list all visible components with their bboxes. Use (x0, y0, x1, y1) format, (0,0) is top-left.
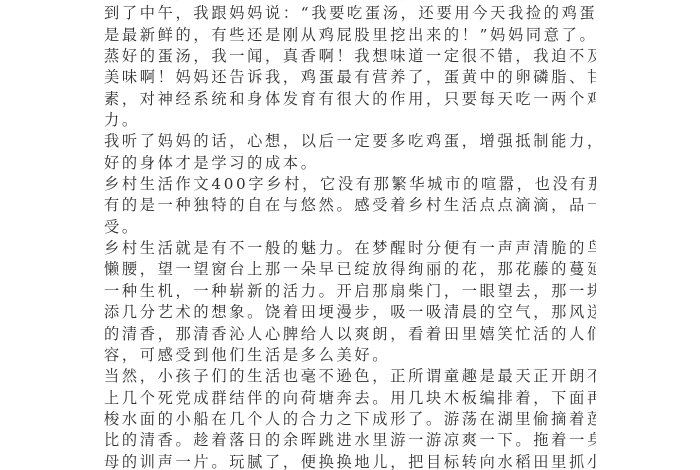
text-line: 容，可感受到他们生活是多么美好。 (104, 345, 596, 366)
text-line: 有的是一种独特的自在与悠然。感受着乡村生活点点滴滴，品一品人生趣事，人生一大享 (104, 195, 596, 216)
text-line: 上几个死党成群结伴的向荷塘奔去。用几块木板编排着，下面再绑上几个车胎，一只能穿 (104, 388, 596, 409)
text-line: 比的清香。趁着落日的余晖跳进水里游一游凉爽一下。拖着一身淤泥回家冲洗总能听到父 (104, 430, 596, 451)
paragraph-village-intro: 乡村生活作文400字乡村，它没有那繁华城市的喧嚣，也没有那荒芜人烟深山的空静，它… (104, 174, 596, 238)
text-line: 母的训声一片。玩腻了，便换换地儿，把目标转向水稻田里抓小蟹，或是到那浅沟里抓小 (104, 452, 596, 470)
text-line: 乡村生活作文400字乡村，它没有那繁华城市的喧嚣，也没有那荒芜人烟深山的空静，它 (104, 174, 596, 195)
text-line: 乡村生活就是有不一般的魅力。在梦醒时分便有一声声清脆的鸟鸣声督促着起床，伸一伸 (104, 238, 596, 259)
text-line: 力。 (104, 110, 596, 131)
text-line: 懒腰，望一望窗台上那一朵早已绽放得绚丽的花，那花藤的蔓延是延续生命的气息，给人 (104, 259, 596, 280)
text-line: 梭水面的小船在几个人的合力之下成形了。游荡在湖里偷摘着莲籽，甜甜莲籽的味道是无 (104, 409, 596, 430)
text-line: 素，对神经系统和身体发育有很大的作用，只要每天吃一两个鸡蛋就可以保持良好的记忆 (104, 89, 596, 110)
text-line: 美味啊！妈妈还告诉我，鸡蛋最有营养了，蛋黄中的卵磷脂、甘油三脂、胆固醇和卵黄 (104, 67, 596, 88)
text-line: 是最新鲜的，有些还是刚从鸡屁股里挖出来的！”妈妈同意了。吃中饭了，妈妈搬出刚才 (104, 25, 596, 46)
paragraph-listen-to-mom: 我听了妈妈的话，心想，以后一定要多吃鸡蛋，增强抵制能力，保持良好的记忆力，因为 … (104, 131, 596, 174)
text-line: 好的身体才是学习的成本。 (104, 153, 596, 174)
text-line: 我听了妈妈的话，心想，以后一定要多吃鸡蛋，增强抵制能力，保持良好的记忆力，因为 (104, 131, 596, 152)
paragraph-egg-soup: 到了中午，我跟妈妈说：“我要吃蛋汤，还要用今天我捡的鸡蛋来蒸，因为今天的鸡蛋肯定… (104, 3, 596, 131)
text-line: 一种生机，一种崭新的活力。开启那扇柴门，一眼望去，那一块块有规格的田地，给人增 (104, 281, 596, 302)
text-line: 蒸好的蛋汤，我一闻，真香啊！我想味道一定很不错，我迫不及待地尝了一口，啊，真是 (104, 46, 596, 67)
text-line: 到了中午，我跟妈妈说：“我要吃蛋汤，还要用今天我拾的鸡蛋来蒸，因为今天的鸡蛋肯定 (104, 0, 596, 3)
document-page: 到了中午，我跟妈妈说：“我要吃蛋汤，还要用今天我拾的鸡蛋来蒸，因为今天的鸡蛋肯定… (104, 0, 596, 470)
text-line: 添几分艺术的想象。饶着田埂漫步，吸一吸清晨的空气，那风送来的空气里面夹杂着泥土 (104, 302, 596, 323)
text-line: 当然，小孩子们的生活也毫不逊色，正所谓童趣是最天正开朗不过了。一放学仍下书包叫 (104, 366, 596, 387)
clipped-top-line: 到了中午，我跟妈妈说：“我要吃蛋汤，还要用今天我拾的鸡蛋来蒸，因为今天的鸡蛋肯定 (104, 0, 596, 3)
paragraph-village-charm: 乡村生活就是有不一般的魅力。在梦醒时分便有一声声清脆的鸟鸣声督促着起床，伸一伸 … (104, 238, 596, 366)
text-line: 到了中午，我跟妈妈说：“我要吃蛋汤，还要用今天我捡的鸡蛋来蒸，因为今天的鸡蛋肯定 (104, 3, 596, 24)
text-line: 受。 (104, 217, 596, 238)
paragraph-children-life: 当然，小孩子们的生活也毫不逊色，正所谓童趣是最天正开朗不过了。一放学仍下书包叫 … (104, 366, 596, 470)
text-line: 的清香，那清香沁人心脾给人以爽朗，看着田里嬉笑忙活的人们，脸上洋溢着幸福的笑 (104, 324, 596, 345)
